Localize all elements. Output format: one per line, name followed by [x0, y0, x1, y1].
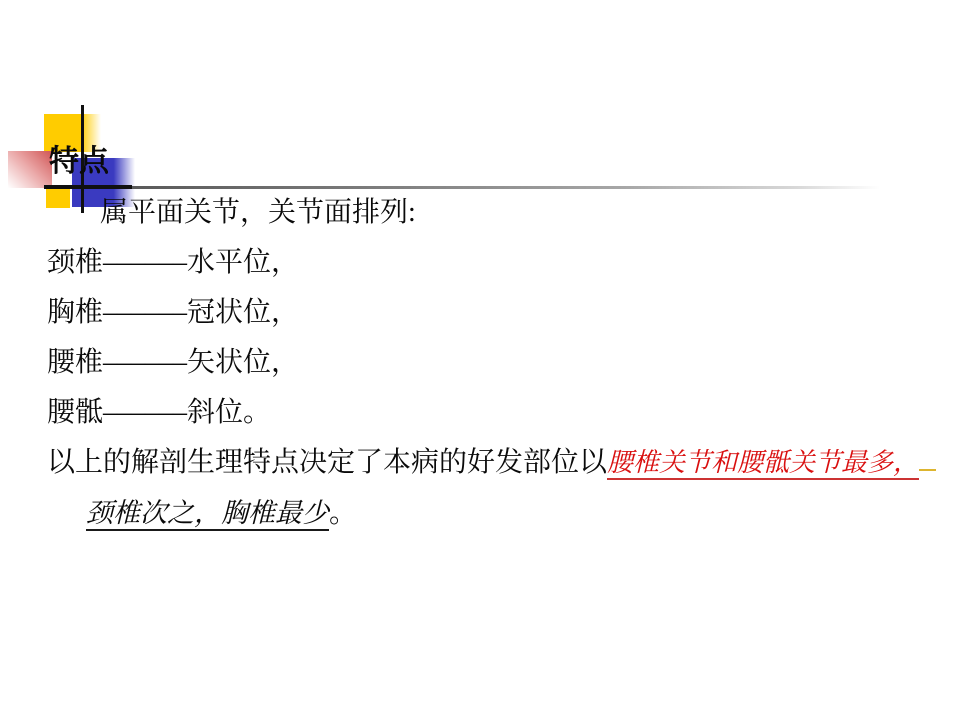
- body-line-lumbosacral: 腰骶––––––斜位。: [47, 388, 949, 438]
- body-line-intro: 属平面关节，关节面排列:: [47, 188, 949, 238]
- conclusion-underlined-text: 颈椎次之，胸椎最少: [86, 498, 329, 531]
- conclusion-prefix-text: 以上的解剖生理特点决定了本病的好发部位以: [47, 447, 607, 478]
- body-line-lumbar: 腰椎––––––矢状位，: [47, 338, 949, 388]
- slide-body: 属平面关节，关节面排列: 颈椎––––––水平位， 胸椎––––––冠状位， 腰…: [47, 188, 949, 538]
- conclusion-period: 。: [329, 498, 357, 529]
- presentation-slide: 特点 属平面关节，关节面排列: 颈椎––––––水平位， 胸椎––––––冠状位…: [0, 0, 960, 720]
- body-line-conclusion-2: 颈椎次之，胸椎最少。: [47, 488, 949, 538]
- conclusion-highlight-red-text: 腰椎关节和腰骶关节最多，: [607, 448, 919, 480]
- body-line-cervical: 颈椎––––––水平位，: [47, 238, 949, 288]
- body-line-thoracic: 胸椎––––––冠状位，: [47, 288, 949, 338]
- body-line-conclusion: 以上的解剖生理特点决定了本病的好发部位以腰椎关节和腰骶关节最多，: [47, 438, 949, 488]
- slide-title: 特点: [49, 144, 109, 180]
- conclusion-trailing-underline: [919, 441, 936, 471]
- decor-red-gradient-square: [8, 151, 52, 188]
